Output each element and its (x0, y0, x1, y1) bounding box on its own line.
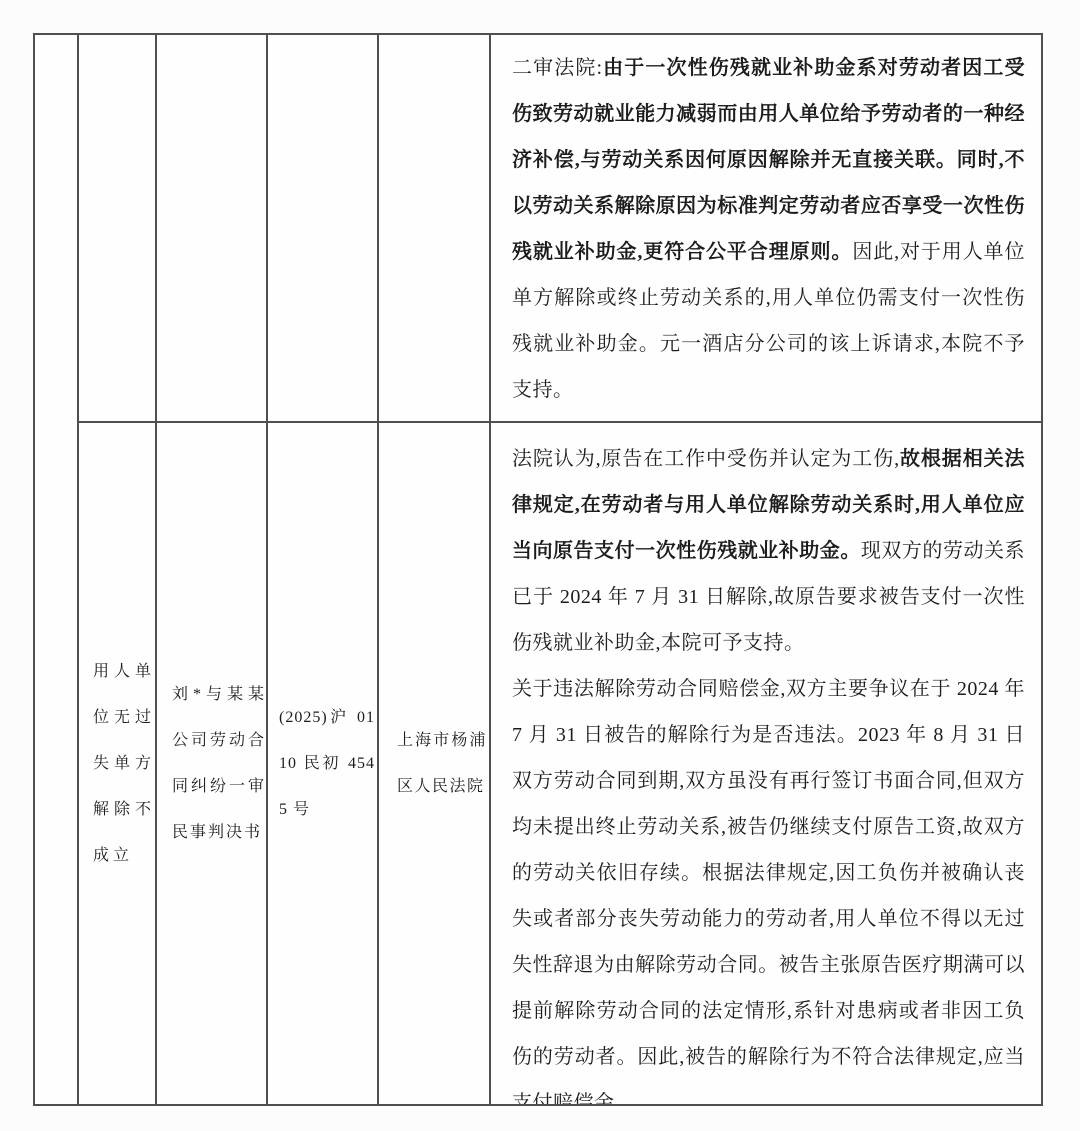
row-index-cell (35, 35, 79, 1104)
case-title-cell: 刘*与某某公司劳动合同纠纷一审民事判决书 (157, 423, 268, 1104)
opinion-text: 法院认为,原告在工作中受伤并认定为工伤, (512, 448, 900, 470)
court-cell: 上海市杨浦区人民法院 (379, 423, 491, 1104)
category-label: 用人单位无过失单方解除不成立 (93, 649, 155, 879)
case-number-cell: (2025)沪 0110 民初 4545 号 (268, 423, 379, 1104)
case-title-label: 刘*与某某公司劳动合同纠纷一审民事判决书 (172, 672, 266, 856)
opinion-text: 关于违法解除劳动合同赔偿金,双方主要争议在于 2024 年 7 月 31 日被告… (512, 678, 1025, 1104)
empty-category-cell (79, 35, 157, 423)
empty-court-cell (379, 35, 491, 423)
opinion-text: 因此,对于用人单位单方解除或终止劳动关系的,用人单位仍需支付一次性伤残就业补助金… (512, 241, 1025, 401)
empty-case-number-cell (268, 35, 379, 423)
empty-title-cell (157, 35, 268, 423)
court-label: 上海市杨浦区人民法院 (397, 718, 487, 810)
opinion-paragraph: 法院认为,原告在工作中受伤并认定为工伤,故根据相关法律规定,在劳动者与用人单位解… (512, 436, 1025, 666)
case-summary-table: 二审法院:由于一次性伤残就业补助金系对劳动者因工受伤致劳动就业能力减弱而由用人单… (33, 33, 1043, 1106)
current-entry-opinion-cell: 法院认为,原告在工作中受伤并认定为工伤,故根据相关法律规定,在劳动者与用人单位解… (491, 423, 1041, 1104)
case-number-label: (2025)沪 0110 民初 4545 号 (279, 695, 375, 833)
opinion-text-bold: 由于一次性伤残就业补助金系对劳动者因工受伤致劳动就业能力减弱而由用人单位给予劳动… (512, 57, 1025, 263)
opinion-paragraph: 二审法院:由于一次性伤残就业补助金系对劳动者因工受伤致劳动就业能力减弱而由用人单… (512, 45, 1025, 413)
previous-entry-opinion-cell: 二审法院:由于一次性伤残就业补助金系对劳动者因工受伤致劳动就业能力减弱而由用人单… (491, 35, 1041, 423)
opinion-paragraph: 关于违法解除劳动合同赔偿金,双方主要争议在于 2024 年 7 月 31 日被告… (512, 666, 1025, 1104)
category-cell: 用人单位无过失单方解除不成立 (79, 423, 157, 1104)
opinion-text: 二审法院: (512, 57, 603, 79)
